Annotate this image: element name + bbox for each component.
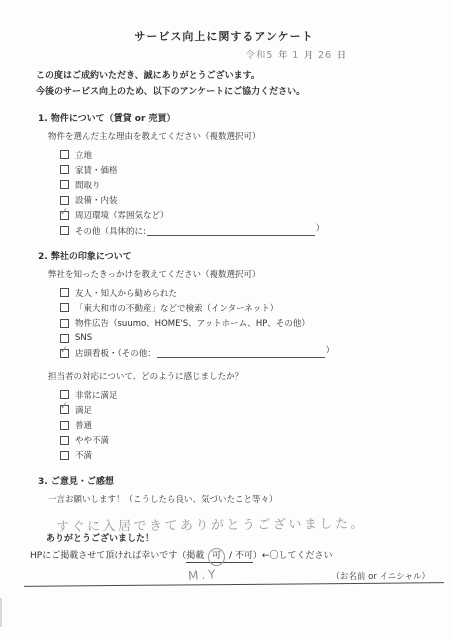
section2-options1: ✓ 友人・知人から勧められた ✓ 「東大和市の不動産」などで検索（インターネット… xyxy=(60,285,422,361)
handwritten-day: 26 xyxy=(318,50,332,61)
handwritten-era-year: 令和5 xyxy=(245,50,273,61)
checkbox-icon: ✓ xyxy=(60,421,69,430)
hp-line-instruction: ←〇してください xyxy=(262,551,333,561)
option-label: 店頭看板・（その他： xyxy=(75,347,156,359)
section3-heading: 3. ご意見・ご感想 xyxy=(38,476,422,489)
publish-label: 掲載 xyxy=(186,551,204,561)
checkmark-icon: ✓ xyxy=(59,345,68,357)
checkmark-icon: ✓ xyxy=(59,401,68,413)
option-label: SNS xyxy=(75,333,92,343)
section1-question: 物件を選んだ主な理由を教えてください（複数選択可） xyxy=(48,131,422,144)
section1-heading: 1. 物件について（賃貸 or 売買） xyxy=(38,113,422,126)
signature-line xyxy=(24,582,444,587)
hp-permission-line: HPにご掲載させて頂ければ幸いです（掲載 可 / 不可）←〇してください xyxy=(30,548,430,566)
hp-line-close: ） xyxy=(253,551,262,561)
option-label: 立地 xyxy=(75,149,92,161)
option-label: 間取り xyxy=(75,179,101,191)
checkbox-icon: ✓ xyxy=(60,451,69,460)
option-label: 「東大和市の不動産」などで検索（インターネット） xyxy=(75,302,278,314)
not-ok-choice: 不可 xyxy=(235,551,253,561)
option-sns: ✓ SNS xyxy=(60,331,422,346)
scanned-survey-form: サービス向上に関するアンケート 令和5 年 1 月 26 日 この度はご成約いた… xyxy=(0,0,452,640)
checkbox-icon: ✓ xyxy=(60,405,69,414)
month-label: 月 xyxy=(304,51,313,61)
option-label: 友人・知人から勧められた xyxy=(75,287,177,299)
option-surroundings: ✓ 周辺環境（雰囲気など） xyxy=(60,208,422,223)
checkbox-icon: ✓ xyxy=(60,349,69,358)
choice-separator: / xyxy=(226,551,235,561)
section3-question: 一言お願いします！（こうしたら良い、気づいたこと等々） xyxy=(48,494,422,507)
option-label: 物件広告（suumo、HOME'S、アットホーム、HP、その他） xyxy=(75,317,310,329)
option-rent-price: ✓ 家賃・価格 xyxy=(60,162,422,177)
hp-line-prefix: HPにご掲載させて頂ければ幸いです（ xyxy=(30,551,186,561)
form-title: サービス向上に関するアンケート xyxy=(36,28,422,44)
publish-choice-group: 掲載 可 / 不可 xyxy=(186,551,253,563)
checkbox-icon: ✓ xyxy=(60,436,69,445)
blank-close-paren: ） xyxy=(316,222,325,234)
option-location: ✓ 立地 xyxy=(60,147,422,162)
scan-edge-artifact xyxy=(0,598,2,627)
checkbox-icon: ✓ xyxy=(60,165,69,174)
thanks-text: ありがとうございました！ xyxy=(46,532,430,546)
option-label: 普通 xyxy=(75,419,92,431)
fill-in-blank xyxy=(157,348,325,358)
intro-line-2: 今後のサービス向上のため、以下のアンケートにご協力ください。 xyxy=(36,85,422,101)
signature-row: M.Y （お名前 or イニシャル） xyxy=(36,567,430,582)
date-field: 令和5 年 1 月 26 日 xyxy=(36,47,348,61)
section-company-impression: 2. 弊社の印象について 弊社を知ったきっかけを教えてください（複数選択可） ✓… xyxy=(36,251,422,463)
option-label: 設備・内装 xyxy=(75,194,118,206)
section2-question2: 担当者の対応について、どのように感じましたか？ xyxy=(48,371,422,384)
section-property: 1. 物件について（賃貸 or 売買） 物件を選んだ主な理由を教えてください（複… xyxy=(36,113,422,238)
option-satisfied: ✓ 満足 xyxy=(60,402,422,417)
checkmark-icon: ✓ xyxy=(59,206,68,218)
day-label: 日 xyxy=(337,51,346,61)
section2-options2: ✓ 非常に満足 ✓ 満足 ✓ 普通 ✓ やや不満 ✓ 不満 xyxy=(60,387,422,463)
checkbox-icon: ✓ xyxy=(60,196,69,205)
intro-text: この度はご成約いただき、誠にありがとうございます。 今後のサービス向上のため、以… xyxy=(36,69,422,100)
option-label: 家賃・価格 xyxy=(75,164,118,176)
option-neutral: ✓ 普通 xyxy=(60,417,422,432)
option-label: 周辺環境（雰囲気など） xyxy=(75,209,169,221)
checkbox-icon: ✓ xyxy=(60,180,69,189)
option-label: 満足 xyxy=(75,404,92,416)
checkbox-icon: ✓ xyxy=(60,150,69,159)
section2-heading: 2. 弊社の印象について xyxy=(38,251,422,264)
name-or-initial-label: （お名前 or イニシャル） xyxy=(331,570,430,582)
option-floorplan: ✓ 間取り xyxy=(60,177,422,192)
option-internet-search: ✓ 「東大和市の不動産」などで検索（インターネット） xyxy=(60,300,422,315)
checkbox-icon: ✓ xyxy=(60,211,69,220)
checkbox-icon: ✓ xyxy=(60,319,69,328)
option-label: やや不満 xyxy=(75,434,109,446)
handwritten-initials: M.Y xyxy=(188,567,219,583)
checkbox-icon: ✓ xyxy=(60,226,69,235)
circled-ok-choice: 可 xyxy=(208,548,225,566)
option-label: 非常に満足 xyxy=(75,389,118,401)
intro-line-1: この度はご成約いただき、誠にありがとうございます。 xyxy=(36,69,422,85)
year-label: 年 xyxy=(278,51,287,61)
section-comments: 3. ご意見・ご感想 一言お願いします！（こうしたら良い、気づいたこと等々） す… xyxy=(36,476,422,533)
checkbox-icon: ✓ xyxy=(60,303,69,312)
option-dissatisfied: ✓ 不満 xyxy=(60,448,422,463)
option-other: ✓ その他（具体的に: ） xyxy=(60,223,422,238)
checkbox-icon: ✓ xyxy=(60,288,69,297)
option-storefront-sign: ✓ 店頭看板・（その他： ） xyxy=(60,346,422,361)
form-footer: ありがとうございました！ HPにご掲載させて頂ければ幸いです（掲載 可 / 不可… xyxy=(36,532,430,585)
option-label: 不満 xyxy=(75,449,92,461)
checkbox-icon: ✓ xyxy=(60,390,69,399)
option-referral: ✓ 友人・知人から勧められた xyxy=(60,285,422,300)
option-property-ads: ✓ 物件広告（suumo、HOME'S、アットホーム、HP、その他） xyxy=(60,316,422,331)
blank-close-paren: ） xyxy=(326,344,335,356)
option-label: その他（具体的に: xyxy=(75,225,146,237)
checkbox-icon: ✓ xyxy=(60,334,69,343)
handwritten-month: 1 xyxy=(292,50,299,61)
option-very-satisfied: ✓ 非常に満足 xyxy=(60,387,422,402)
option-equipment-interior: ✓ 設備・内装 xyxy=(60,193,422,208)
fill-in-blank xyxy=(147,226,315,236)
option-somewhat-dissatisfied: ✓ やや不満 xyxy=(60,433,422,448)
section2-question1: 弊社を知ったきっかけを教えてください（複数選択可） xyxy=(48,269,422,282)
section1-options: ✓ 立地 ✓ 家賃・価格 ✓ 間取り ✓ 設備・内装 ✓ 周辺環境（雰囲気など）… xyxy=(60,147,422,238)
